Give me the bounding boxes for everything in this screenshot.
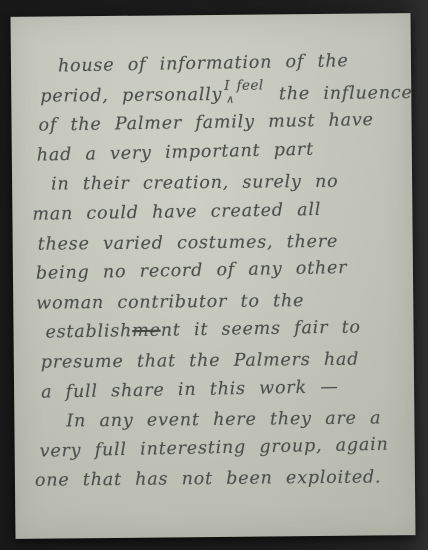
line-text: a full share in this work — xyxy=(41,377,339,402)
line-text: woman contributor to the xyxy=(36,291,304,314)
line-text: being no record of any other xyxy=(36,258,348,284)
line-text: of the Palmer family must have xyxy=(38,110,374,136)
handwritten-line: one that has not been exploited. xyxy=(35,463,415,496)
handwritten-line: man could have created all xyxy=(32,194,412,230)
line-text: nt it seems fair to xyxy=(161,318,361,341)
line-text: in their creation, surely no xyxy=(51,172,339,195)
handwritten-line: being no record of any other xyxy=(36,253,413,289)
line-text: presume that the Palmers had xyxy=(41,350,360,373)
line-text: these varied costumes, there xyxy=(38,231,339,254)
handwritten-line-with-strikeout: establishment it seems fair to xyxy=(45,313,413,349)
interlinear-insertion: I feel∧ xyxy=(224,71,264,101)
photo-background: house of information of the period, pers… xyxy=(0,0,428,550)
line-text: period, personally xyxy=(40,84,222,106)
line-text: In any event here they are a xyxy=(66,409,381,432)
line-text: the influence xyxy=(279,83,413,104)
letter-page: house of information of the period, pers… xyxy=(11,13,416,539)
line-text: house of information of the xyxy=(58,51,349,76)
line-text: establish xyxy=(45,322,132,343)
handwritten-line: a full share in this work — xyxy=(41,371,414,407)
handwritten-text-block: house of information of the period, pers… xyxy=(11,49,415,497)
line-text: man could have created all xyxy=(32,200,321,225)
struck-out-text: me xyxy=(132,321,161,341)
line-text: had a very important part xyxy=(37,139,315,165)
line-text: one that has not been exploited. xyxy=(35,468,382,491)
line-text: very full interesting group, again xyxy=(39,434,388,461)
